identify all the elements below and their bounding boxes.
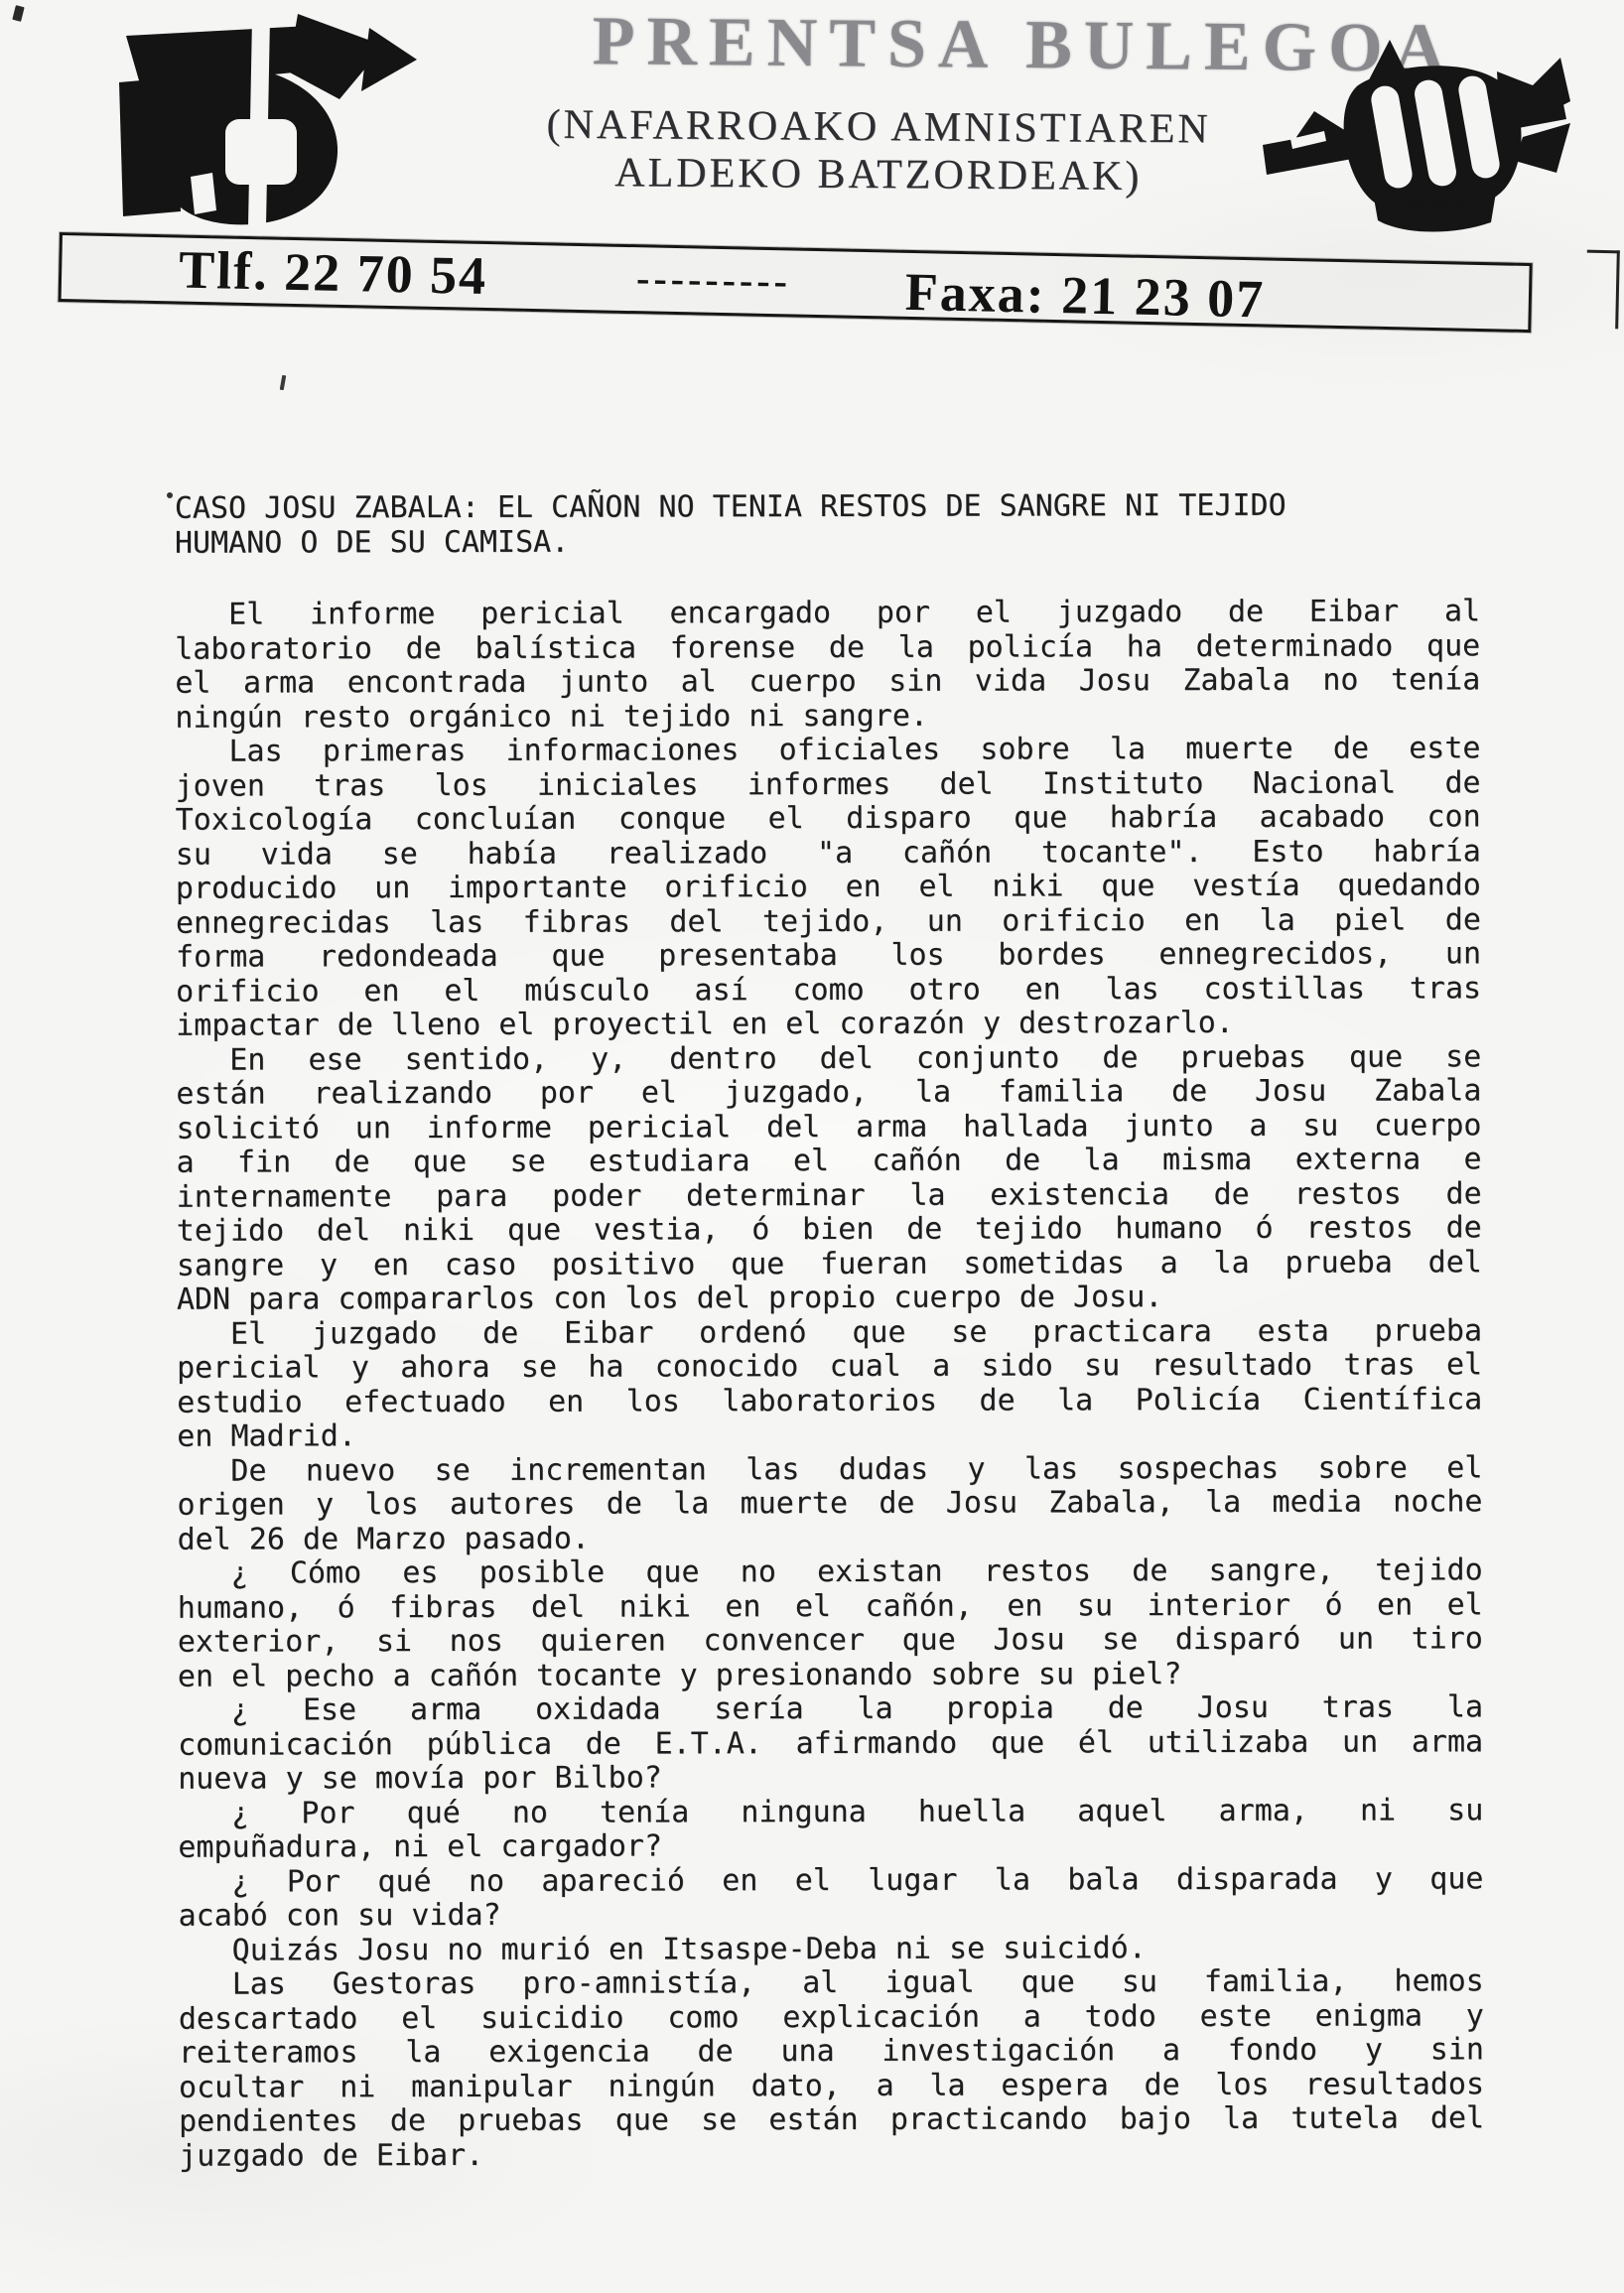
text-line: comunicación pública de E.T.A. afirmando…	[178, 1725, 1483, 1763]
text-line: ocultar ni manipular ningún dato, a la e…	[179, 2068, 1484, 2105]
text-line: producido un importante orificio en el n…	[176, 869, 1481, 906]
scan-speck	[280, 375, 287, 390]
text-line: tejido del niki que vestia, ó bien de te…	[177, 1211, 1482, 1249]
paragraph: Las primeras informaciones oficiales sob…	[175, 732, 1481, 1043]
paragraph: ¿ Cómo es posible que no existan restos …	[178, 1553, 1483, 1693]
stencil-emblem-icon	[42, 8, 424, 226]
text-line: humano, ó fibras del niki en el cañón, e…	[178, 1588, 1483, 1626]
contact-bar-edge-mark	[1585, 250, 1620, 330]
text-line: en el pecho a cañón tocante y presionand…	[178, 1657, 1483, 1694]
text-line: solicitó un informe pericial del arma ha…	[176, 1109, 1481, 1146]
text-line: orificio en el músculo así como otro en …	[176, 972, 1481, 1010]
paragraph: En ese sentido, y, dentro del conjunto d…	[176, 1040, 1482, 1317]
text-line: nueva y se movía por Bilbo?	[178, 1759, 1483, 1797]
phone-number: Tlf. 22 70 54	[179, 239, 488, 307]
text-line: el arma encontrada junto al cuerpo sin v…	[175, 663, 1480, 701]
text-line: ¿ Por qué no apareció en el lugar la bal…	[178, 1862, 1483, 1900]
scan-speck	[167, 492, 173, 498]
contact-bar: Tlf. 22 70 54 --------- Faxa: 21 23 07	[59, 232, 1533, 333]
text-line: ningún resto orgánico ni tejido ni sangr…	[175, 698, 1480, 736]
text-line: CASO JOSU ZABALA: EL CAÑON NO TENIA REST…	[175, 488, 1480, 526]
text-line: ¿ Por qué no tenía ninguna huella aquel …	[178, 1794, 1483, 1831]
text-line: joven tras los iniciales informes del In…	[176, 766, 1481, 804]
text-line: El informe pericial encargado por el juz…	[175, 595, 1480, 632]
text-line: a fin de que se estudiara el cañón de la…	[177, 1143, 1482, 1180]
fist-barbed-wire-icon	[1263, 28, 1570, 236]
document-body: CASO JOSU ZABALA: EL CAÑON NO TENIA REST…	[175, 488, 1484, 2173]
paragraph: El informe pericial encargado por el juz…	[175, 595, 1480, 735]
text-line: estudio efectuado en los laboratorios de…	[177, 1383, 1482, 1420]
text-line: internamente para poder determinar la ex…	[177, 1177, 1482, 1215]
text-line: sangre y en caso positivo que fueran som…	[177, 1246, 1482, 1283]
organization-subtitle-line2: ALDEKO BATZORDEAK)	[427, 148, 1330, 202]
document-title: CASO JOSU ZABALA: EL CAÑON NO TENIA REST…	[175, 488, 1480, 560]
text-line: impactar de lleno el proyectil en el cor…	[176, 1006, 1481, 1043]
organization-subtitle-line1: (NAFARROAKO AMNISTIAREN	[427, 100, 1330, 154]
text-line: forma redondeada que presentaba los bord…	[176, 937, 1481, 975]
text-line: pendientes de pruebas que se están pract…	[179, 2101, 1484, 2139]
text-line: empuñadura, ni el cargador?	[178, 1827, 1483, 1865]
text-line: origen y los autores de la muerte de Jos…	[177, 1485, 1482, 1523]
text-line: ¿ Cómo es posible que no existan restos …	[178, 1553, 1483, 1591]
text-line: su vida se había realizado "a cañón toca…	[176, 835, 1481, 873]
text-line: Las Gestoras pro-amnistía, al igual que …	[179, 1964, 1484, 2002]
text-line: El juzgado de Eibar ordenó que se practi…	[177, 1314, 1482, 1352]
text-line: Toxicología concluían conque el disparo …	[176, 800, 1481, 838]
text-line: HUMANO O DE SU CAMISA.	[175, 523, 1480, 561]
scanned-document-page: PRENTSA BULEGOA (NAFARROAKO AMNISTIAREN …	[0, 0, 1624, 2293]
text-line: ennegrecidas las fibras del tejido, un o…	[176, 903, 1481, 941]
text-line: De nuevo se incrementan las dudas y las …	[177, 1451, 1482, 1489]
text-line: ¿ Ese arma oxidada sería la propia de Jo…	[178, 1690, 1483, 1728]
text-line: En ese sentido, y, dentro del conjunto d…	[176, 1040, 1481, 1078]
paragraph: ¿ Ese arma oxidada sería la propia de Jo…	[178, 1690, 1483, 1797]
fax-number: Faxa: 21 23 07	[904, 261, 1266, 331]
paragraph: El juzgado de Eibar ordenó que se practi…	[177, 1314, 1482, 1454]
text-line: descartado el suicidio como explicación …	[179, 1999, 1484, 2037]
organization-subtitle: (NAFARROAKO AMNISTIAREN ALDEKO BATZORDEA…	[427, 100, 1331, 202]
paragraph: Quizás Josu no murió en Itsaspe-Deba ni …	[179, 1931, 1484, 1968]
paragraph: Las Gestoras pro-amnistía, al igual que …	[179, 1964, 1485, 2173]
text-line: acabó con su vida?	[178, 1896, 1483, 1934]
scan-speck	[12, 5, 24, 22]
text-line: están realizando por el juzgado, la fami…	[176, 1074, 1481, 1112]
paragraph: De nuevo se incrementan las dudas y las …	[177, 1451, 1482, 1557]
text-line: en Madrid.	[177, 1416, 1482, 1454]
text-line: pericial y ahora se ha conocido cual a s…	[177, 1348, 1482, 1386]
text-line: reiteramos la exigencia de una investiga…	[179, 2033, 1484, 2071]
text-line: exterior, si nos quieren convencer que J…	[178, 1622, 1483, 1660]
text-line: juzgado de Eibar.	[179, 2136, 1484, 2174]
paragraph: ¿ Por qué no tenía ninguna huella aquel …	[178, 1794, 1483, 1865]
paragraph: ¿ Por qué no apareció en el lugar la bal…	[178, 1862, 1483, 1934]
text-line: Quizás Josu no murió en Itsaspe-Deba ni …	[179, 1931, 1484, 1968]
dash-separator: ---------	[636, 254, 792, 304]
text-line: laboratorio de balística forense de la p…	[175, 629, 1480, 667]
text-line: ADN para compararlos con los del propio …	[177, 1280, 1482, 1317]
text-line: del 26 de Marzo pasado.	[178, 1520, 1483, 1557]
text-line: Las primeras informaciones oficiales sob…	[175, 732, 1480, 769]
